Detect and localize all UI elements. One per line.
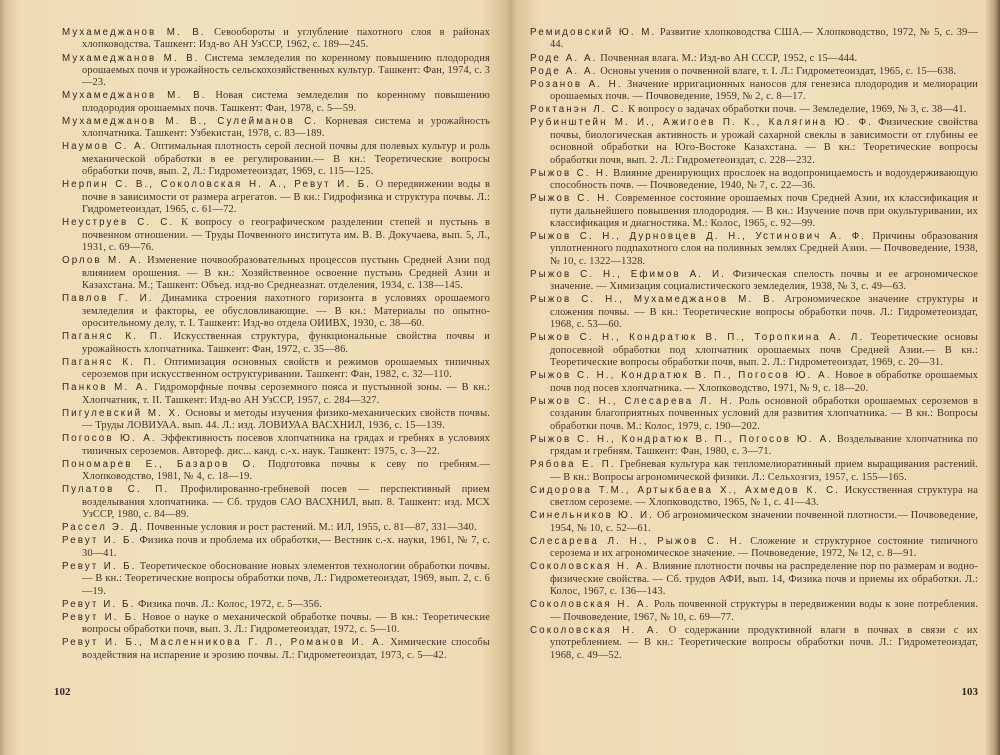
entry-author: Ревут И. Б. xyxy=(62,612,138,623)
entry-author: Неуструев С. С. xyxy=(62,217,174,228)
entry-text: К вопросу о задачах обработки почв. — Зе… xyxy=(625,104,966,115)
bibliography-entry: Ревут И. Б. Физика почв. Л.: Колос, 1972… xyxy=(62,599,490,611)
bibliography-entry: Мухамеджанов М. В. Система земледелия по… xyxy=(62,53,490,90)
entry-author: Роде А. А. xyxy=(530,53,597,64)
entry-author: Орлов М. А. xyxy=(62,255,143,266)
entry-author: Соколовская Н. А. xyxy=(530,625,660,636)
bibliography-entry: Нерпин С. В., Соколовская Н. А., Ревут И… xyxy=(62,179,490,216)
bibliography-entry: Слесарева Л. Н., Рыжов С. Н. Сложение и … xyxy=(530,536,978,561)
bibliography-entry: Пономарев Е., Базаров О. Подготовка почв… xyxy=(62,459,490,484)
entry-author: Рассел Э. Д. xyxy=(62,522,144,533)
entry-author: Мухамеджанов М. В. xyxy=(62,90,207,101)
entry-author: Рыжов С. Н., Мухамеджанов М. В. xyxy=(530,294,777,305)
entry-author: Соколовская Н. А. xyxy=(530,599,650,610)
entry-author: Паганяс К. П. xyxy=(62,357,158,368)
bibliography-entry: Орлов М. А. Изменение почвообразовательн… xyxy=(62,255,490,292)
entry-author: Рыжов С. Н., Дурновцев Д. Н., Устинович … xyxy=(530,231,866,242)
bibliography-entry: Рассел Э. Д. Почвенные условия и рост ра… xyxy=(62,522,490,534)
entry-text: Почвенная влага. М.: Изд-во АН СССР, 195… xyxy=(597,53,857,64)
entry-author: Соколовская Н. А. xyxy=(530,561,649,572)
bibliography-entry: Ремидовский Ю. М. Развитие хлопководства… xyxy=(530,27,978,52)
entry-author: Пулатов С. П. xyxy=(62,484,169,495)
bibliography-entry: Соколовская Н. А. О содержании продуктив… xyxy=(530,625,978,662)
bibliography-entry: Рубинштейн М. И., Ажигоев П. К., Калягин… xyxy=(530,117,978,167)
bibliography-entry: Паганяс К. П. Оптимизация основных свойс… xyxy=(62,357,490,382)
entry-author: Рыжов С. Н., Кондратюк В. П., Торопкина … xyxy=(530,332,864,343)
book-spread: Мухамеджанов М. В. Севообороты и углубле… xyxy=(0,0,1000,755)
entry-author: Ревут И. Б. xyxy=(62,535,136,546)
entry-author: Паганяс К. П. xyxy=(62,331,164,342)
entry-author: Нерпин С. В., Соколовская Н. А., Ревут И… xyxy=(62,179,371,190)
entry-author: Ремидовский Ю. М. xyxy=(530,27,656,38)
bibliography-entry: Неуструев С. С. К вопросу о географическ… xyxy=(62,217,490,254)
entry-author: Ревут И. Б., Масленникова Г. Л., Романов… xyxy=(62,637,386,648)
entry-author: Рыжов С. Н. xyxy=(530,168,610,179)
bibliography-entry: Мухамеджанов М. В. Новая система земледе… xyxy=(62,90,490,115)
bibliography-entry: Роде А. А. Основы учения о почвенной вла… xyxy=(530,66,978,78)
entry-author: Рубинштейн М. И., Ажигоев П. К., Калягин… xyxy=(530,117,873,128)
bibliography-entry: Ревут И. Б. Теоретическое обоснование но… xyxy=(62,561,490,598)
bibliography-entry: Паганяс К. П. Искусственная структура, ф… xyxy=(62,331,490,356)
entry-author: Наумов С. А. xyxy=(62,141,147,152)
entry-author: Ревут И. Б. xyxy=(62,599,135,610)
bibliography-entry: Пигулевский М. Х. Основы и методы изучен… xyxy=(62,408,490,433)
bibliography-entry: Рыжов С. Н. Влияние дренирующих прослоек… xyxy=(530,168,978,193)
bibliography-entry: Роктанэн Л. С. К вопросу о задачах обраб… xyxy=(530,104,978,116)
bibliography-list-left: Мухамеджанов М. В. Севообороты и углубле… xyxy=(62,27,490,663)
entry-author: Ревут И. Б. xyxy=(62,561,136,572)
bibliography-entry: Панков М. А. Гидроморфные почвы сероземн… xyxy=(62,382,490,407)
entry-text: Изменение почвообразовательных процессов… xyxy=(82,255,490,291)
entry-text: Современное состояние орошаемых почв Сре… xyxy=(550,193,978,229)
bibliography-entry: Рыжов С. Н., Кондратюк В. П., Погосов Ю.… xyxy=(530,370,978,395)
entry-text: Влияние дренирующих прослоек на водопрон… xyxy=(550,168,978,191)
entry-author: Мухамеджанов М. В. xyxy=(62,53,200,64)
right-page: Ремидовский Ю. М. Развитие хлопководства… xyxy=(530,0,978,755)
entry-author: Мухамеджанов М. В., Сулейманов С. xyxy=(62,116,318,127)
bibliography-entry: Рыжов С. Н., Слесарева Л. Н. Роль основн… xyxy=(530,396,978,433)
page-number: 102 xyxy=(54,686,71,698)
left-page: Мухамеджанов М. В. Севообороты и углубле… xyxy=(62,0,490,755)
bibliography-entry: Рыжов С. Н., Ефимов А. И. Физическая спе… xyxy=(530,269,978,294)
entry-author: Погосов Ю. А. xyxy=(62,433,157,444)
bibliography-entry: Рыжов С. Н. Современное состояние орошае… xyxy=(530,193,978,230)
entry-author: Пигулевский М. Х. xyxy=(62,408,182,419)
entry-text: Почвенные условия и рост растений. М.: И… xyxy=(144,522,477,533)
entry-text: Физика почв. Л.: Колос, 1972, с. 5—356. xyxy=(135,599,322,610)
entry-author: Рыжов С. Н., Кондратюк В. П., Погосов Ю.… xyxy=(530,370,832,381)
entry-author: Панков М. А. xyxy=(62,382,149,393)
bibliography-entry: Розанов А. Н. Значение ирригационных нан… xyxy=(530,79,978,104)
bibliography-entry: Наумов С. А. Оптимальная плотность серой… xyxy=(62,141,490,178)
bibliography-entry: Соколовская Н. А. Роль почвенной структу… xyxy=(530,599,978,624)
bibliography-entry: Мухамеджанов М. В. Севообороты и углубле… xyxy=(62,27,490,52)
bibliography-entry: Пулатов С. П. Профилированно-гребневой п… xyxy=(62,484,490,521)
entry-author: Слесарева Л. Н., Рыжов С. Н. xyxy=(530,536,744,547)
bibliography-entry: Соколовская Н. А. Влияние плотности почв… xyxy=(530,561,978,598)
entry-author: Роде А. А. xyxy=(530,66,597,77)
bibliography-entry: Сидорова Т.М., Артыкбаева Х., Ахмедов К.… xyxy=(530,485,978,510)
bibliography-entry: Рыжов С. Н., Кондратюк В. П., Погосов Ю.… xyxy=(530,434,978,459)
entry-author: Рябова Е. П. xyxy=(530,459,616,470)
bibliography-entry: Мухамеджанов М. В., Сулейманов С. Корнев… xyxy=(62,116,490,141)
entry-author: Сидорова Т.М., Артыкбаева Х., Ахмедов К.… xyxy=(530,485,840,496)
entry-text: Физика почв и проблема их обработки,— Ве… xyxy=(82,535,490,558)
entry-author: Павлов Г. И. xyxy=(62,293,154,304)
bibliography-entry: Ревут И. Б. Физика почв и проблема их об… xyxy=(62,535,490,560)
bibliography-entry: Роде А. А. Почвенная влага. М.: Изд-во А… xyxy=(530,53,978,65)
page-number: 103 xyxy=(962,686,979,698)
entry-author: Мухамеджанов М. В. xyxy=(62,27,206,38)
entry-author: Роктанэн Л. С. xyxy=(530,104,625,115)
entry-author: Рыжов С. Н. xyxy=(530,193,611,204)
bibliography-entry: Павлов Г. И. Динамика строения пахотного… xyxy=(62,293,490,330)
entry-author: Розанов А. Н. xyxy=(530,79,623,90)
bibliography-entry: Рыжов С. Н., Кондратюк В. П., Торопкина … xyxy=(530,332,978,369)
bibliography-entry: Ревут И. Б. Новое о науке о механической… xyxy=(62,612,490,637)
bibliography-entry: Синельников Ю. И. Об агрономическом знач… xyxy=(530,510,978,535)
bibliography-entry: Рыжов С. Н., Мухамеджанов М. В. Агрономи… xyxy=(530,294,978,331)
entry-author: Рыжов С. Н., Ефимов А. И. xyxy=(530,269,726,280)
bibliography-entry: Ревут И. Б., Масленникова Г. Л., Романов… xyxy=(62,637,490,662)
entry-author: Синельников Ю. И. xyxy=(530,510,654,521)
entry-author: Пономарев Е., Базаров О. xyxy=(62,459,257,470)
entry-author: Рыжов С. Н., Кондратюк В. П., Погосов Ю.… xyxy=(530,434,833,445)
bibliography-list-right: Ремидовский Ю. М. Развитие хлопководства… xyxy=(530,27,978,663)
bibliography-entry: Рябова Е. П. Гребневая культура как тепл… xyxy=(530,459,978,484)
entry-author: Рыжов С. Н., Слесарева Л. Н. xyxy=(530,396,734,407)
entry-text: Теоретическое обоснование новых элементо… xyxy=(82,561,490,597)
entry-text: Основы учения о почвенной влаге, т. I. Л… xyxy=(597,66,956,77)
entry-text: Новое о науке о механической обработке п… xyxy=(82,612,490,635)
bibliography-entry: Погосов Ю. А. Эффективность посевов хлоп… xyxy=(62,433,490,458)
bibliography-entry: Рыжов С. Н., Дурновцев Д. Н., Устинович … xyxy=(530,231,978,268)
